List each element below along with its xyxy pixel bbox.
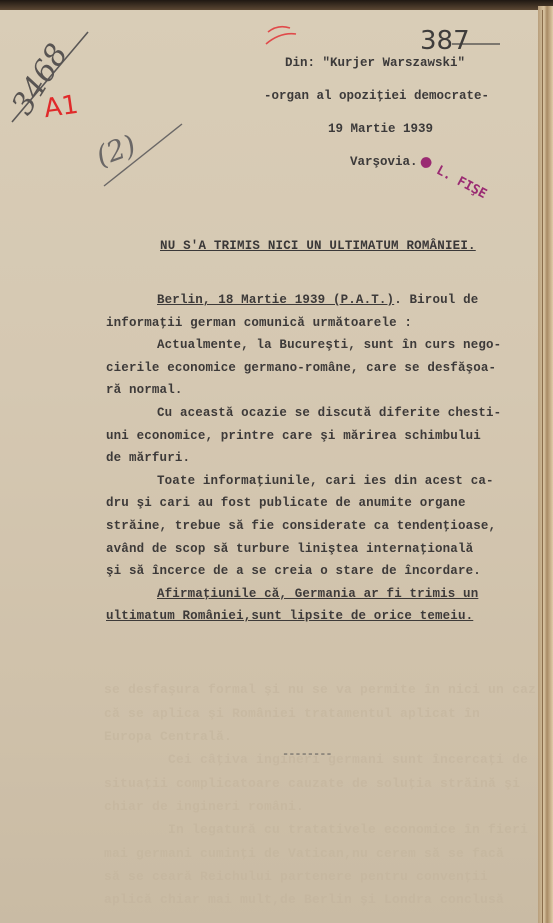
body-line-text: Cu această ocazie se discută diferite ch… [157,406,501,420]
document-page: se desfaşura formal şi nu se va permite … [0,10,538,923]
body-line-text: Actualmente, la Bucureşti, sunt în curs … [157,338,501,352]
body-line-text: ră normal. [106,383,183,397]
body-line: ră normal. [106,379,511,402]
body-line: Actualmente, la Bucureşti, sunt în curs … [106,334,511,357]
body-line: Toate informaţiunile, cari ies din acest… [106,470,511,493]
source-newspaper: Din: "Kurjer Warszawski" [272,58,489,69]
separator-line: -------- [282,747,332,761]
body-line: Afirmaţiunile că, Germania ar fi trimis … [106,583,511,606]
body-line-text: cierile economice germano-române, care s… [106,361,496,375]
body-line: informaţii german comunică următoarele : [106,312,511,335]
body-line-text: străine, trebue să fie considerate ca te… [106,519,496,533]
body-line: uni economice, printre care şi mărirea s… [106,425,511,448]
source-description: -organ al opoziţiei democrate- [264,91,489,102]
red-a1-mark: A1 [42,90,80,124]
bleed-through-text: mai germani cuminţi de Vatican,nu cerem … [104,846,504,861]
page-stack-edge [538,6,553,923]
body-line-text: de mărfuri. [106,451,190,465]
body-line-text: şi să încerce de a se creia o stare de î… [106,564,481,578]
body-line: cierile economice germano-române, care s… [106,357,511,380]
page-top-edge [0,0,553,10]
bleed-through-text: situaţii complicatoare cauzate de soluţi… [104,776,520,791]
body-line: străine, trebue să fie considerate ca te… [106,515,511,538]
source-date: 19 Martie 1939 [272,124,489,135]
body-line: ultimatum României,sunt lipsite de orice… [106,605,511,628]
bleed-through-text: să se ceară Reichului partenere pentru c… [104,869,488,884]
bleed-through-text: aplică chiar mai mult,de Berlin şi Londr… [104,892,504,907]
body-line-text: dru şi cari au fost publicate de anumite… [106,496,466,510]
body-line: Cu această ocazie se discută diferite ch… [106,402,511,425]
bleed-through-text: că se aplica şi României tratamentul apl… [104,706,480,721]
bleed-through-text: se desfaşura formal şi nu se va permite … [104,682,536,697]
body-line-text: uni economice, printre care şi mărirea s… [106,429,481,443]
page-stack-line [542,10,543,923]
body-line-text: având de scop să turbure liniştea intern… [106,542,473,556]
bleed-through-text: In legatură cu tratativele economice în … [104,822,528,837]
body-line: dru şi cari au fost publicate de anumite… [106,492,511,515]
body-line-text: Toate informaţiunile, cari ies din acest… [157,474,494,488]
bleed-through-text: Europa Centrală. [104,729,232,744]
bleed-through-text: chiar de ingineri români. [104,799,304,814]
body-line: de mărfuri. [106,447,511,470]
dateline: Berlin, 18 Martie 1939 (P.A.T.) [157,293,394,307]
body-line-text: Afirmaţiunile că, Germania ar fi trimis … [157,587,478,601]
article-body: Berlin, 18 Martie 1939 (P.A.T.). Biroul … [106,289,511,628]
stamp-text: L. FIŞE [434,163,489,202]
body-line: şi să încerce de a se creia o stare de î… [106,560,511,583]
body-line: având de scop să turbure liniştea intern… [106,538,511,561]
article-title: NU S'A TRIMIS NICI UN ULTIMATUM ROMÂNIEI… [160,239,476,253]
body-line-text: informaţii german comunică următoarele : [106,316,412,330]
body-line: Berlin, 18 Martie 1939 (P.A.T.). Biroul … [106,289,511,312]
body-line-text: ultimatum României,sunt lipsite de orice… [106,609,473,623]
